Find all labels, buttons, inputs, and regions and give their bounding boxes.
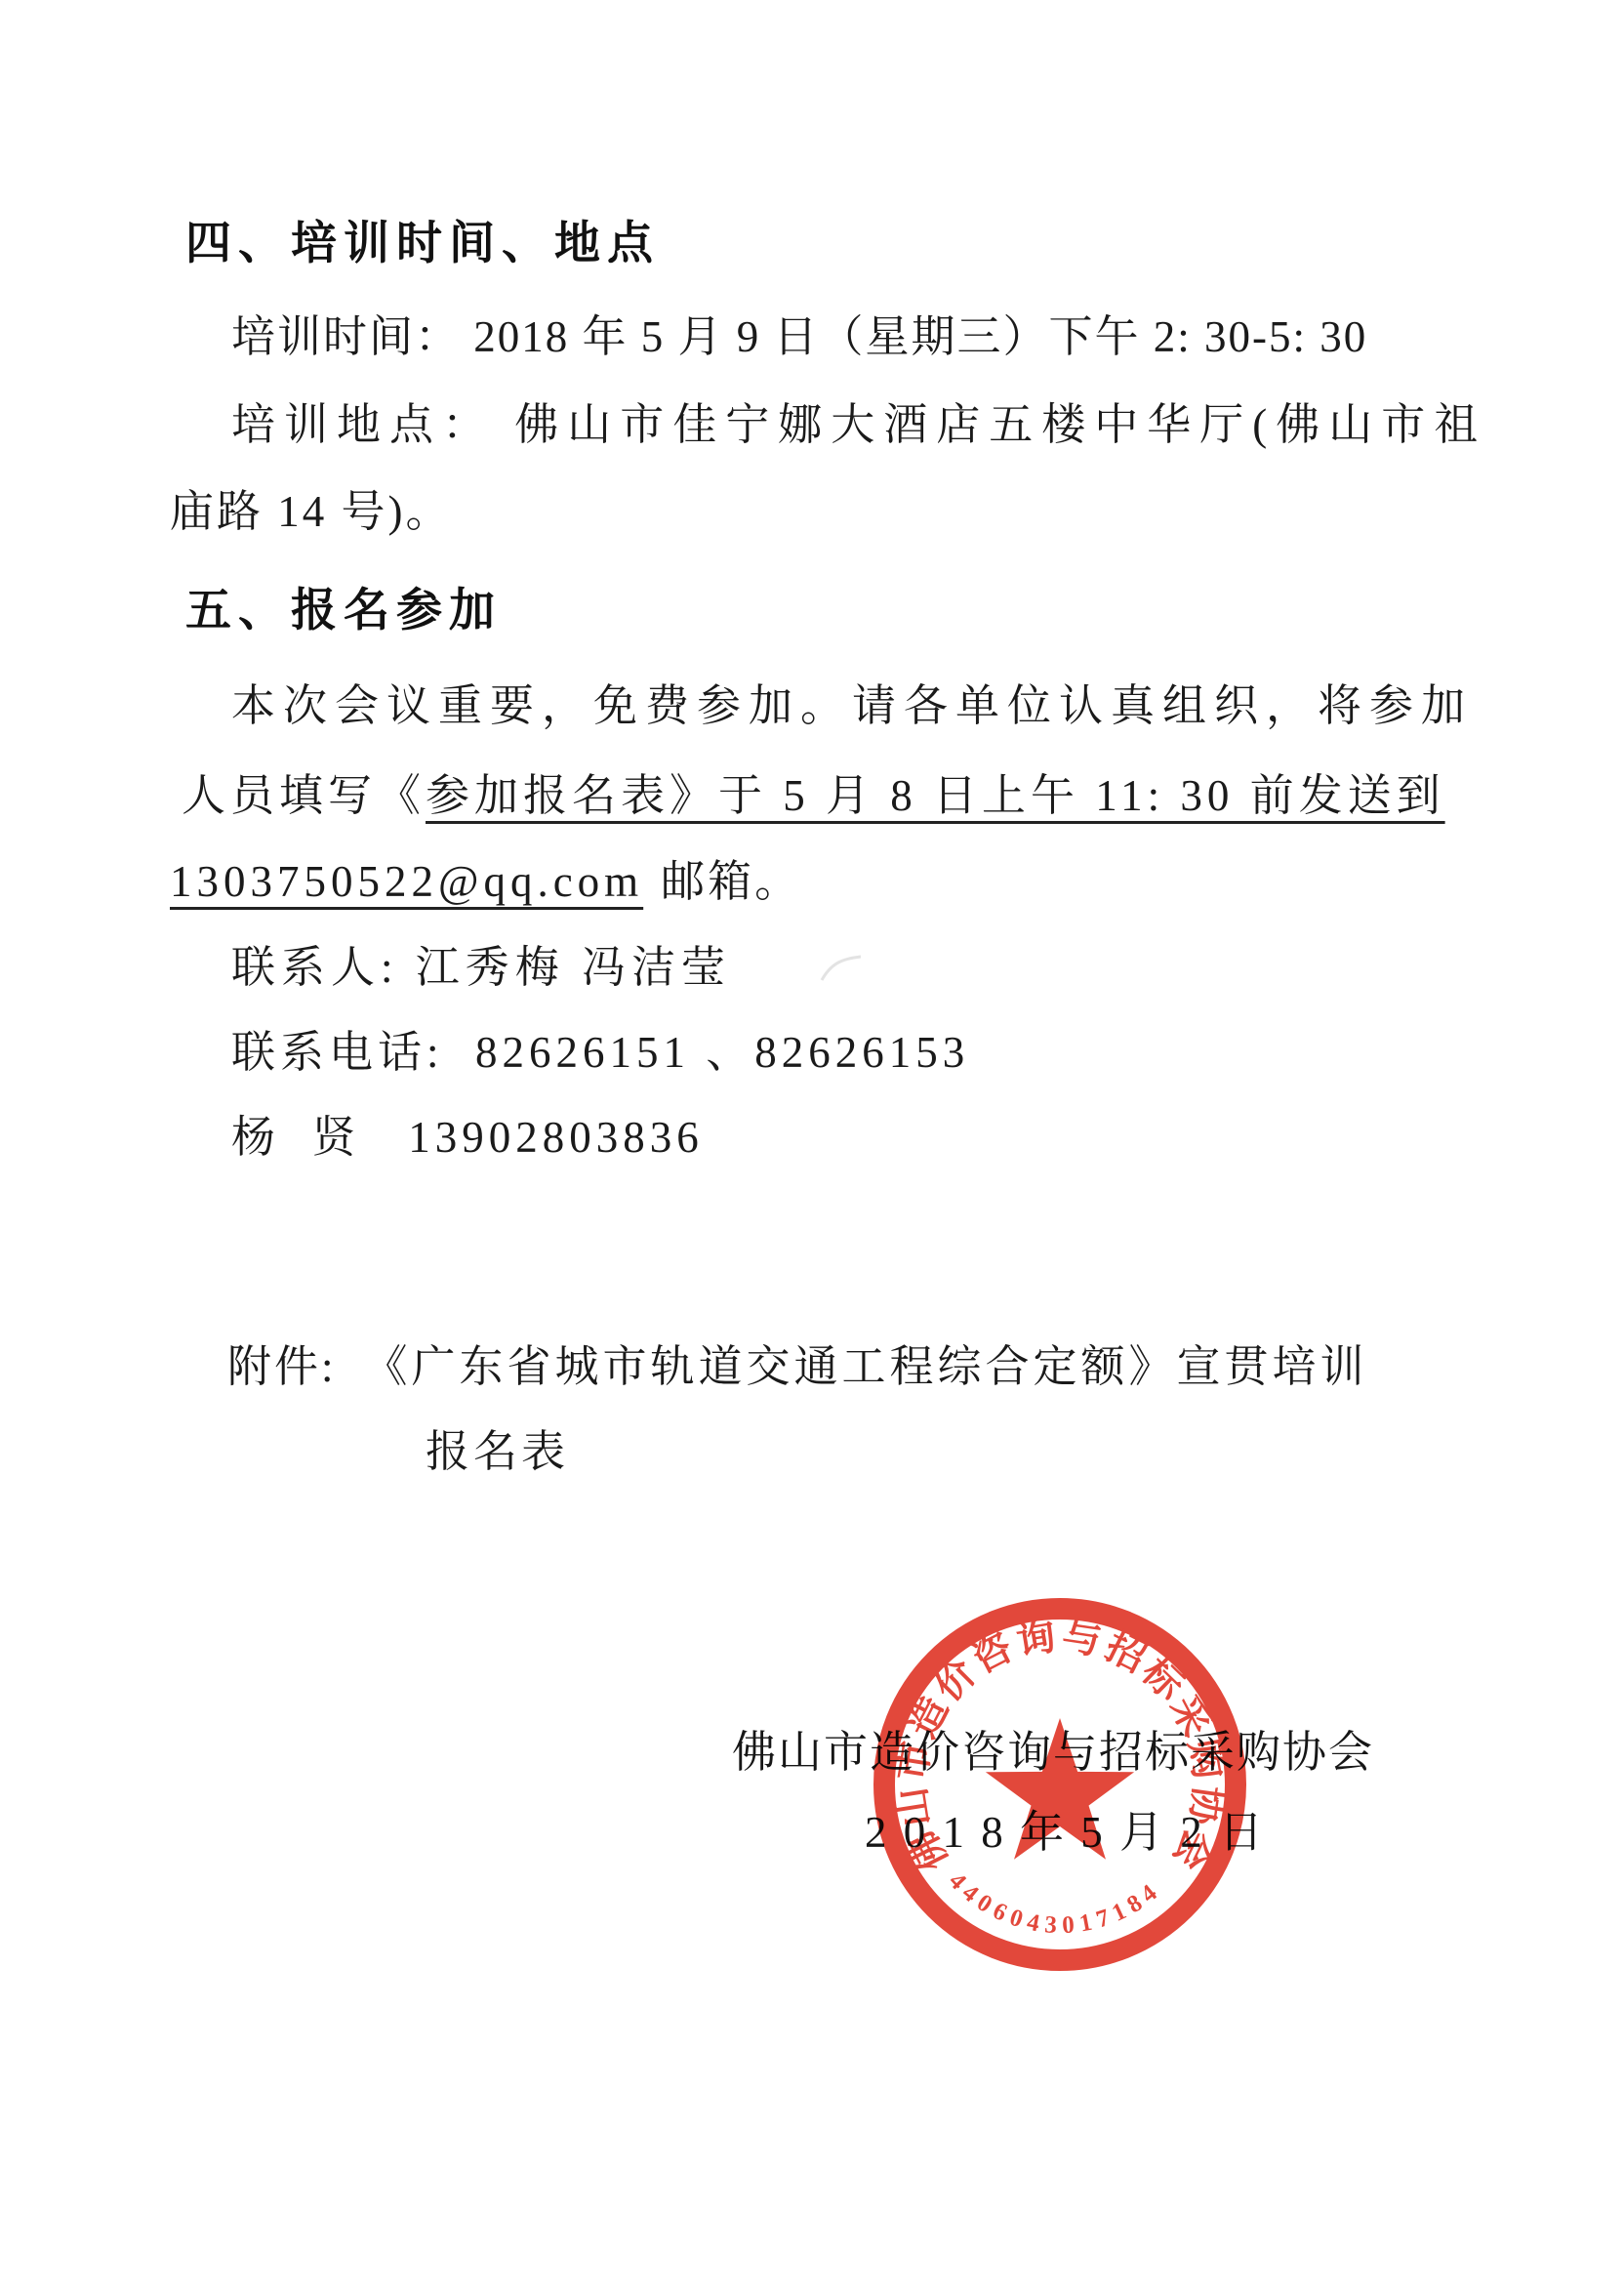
seal-star-icon — [986, 1718, 1134, 1860]
training-place-line2: 庙路 14 号)。 — [170, 475, 453, 539]
attachment-title-line1: 《广东省城市轨道交通工程综合定额》宣贯培训 — [364, 1342, 1368, 1391]
scan-artifact — [818, 953, 865, 986]
section4-heading: 四、培训时间、地点 — [185, 207, 660, 272]
document-page: 四、培训时间、地点 培训时间： 2018 年 5 月 9 日（星期三）下午 2:… — [0, 0, 1624, 2296]
signup-paragraph-line2: 人员填写《参加报名表》于 5 月 8 日上午 11: 30 前发送到 — [182, 759, 1445, 823]
section5-heading: 五、报名参加 — [185, 574, 502, 639]
line2-underlined-text: 参加报名表》于 5 月 8 日上午 11: 30 前发送到 — [426, 771, 1445, 820]
attachment-line1: 附件:《广东省城市轨道交通工程综合定额》宣贯培训 — [227, 1331, 1368, 1394]
attachment-label: 附件: — [227, 1342, 337, 1391]
training-place-line1: 培训地点： 佛山市佳宁娜大酒店五楼中华厅(佛山市祖 — [231, 389, 1486, 452]
line3-suffix: 邮箱。 — [661, 857, 801, 906]
training-time-line: 培训时间： 2018 年 5 月 9 日（星期三）下午 2: 30-5: 30 — [231, 301, 1367, 364]
attachment-title-line2: 报名表 — [426, 1415, 569, 1479]
signup-paragraph-line3: 1303750522@qq.com邮箱。 — [170, 845, 801, 909]
contact-phone-line: 联系电话: 82626151 、82626153 — [231, 1016, 969, 1080]
contact-person-line: 联系人: 江秀梅 冯洁莹 — [231, 931, 731, 995]
signup-paragraph-line1: 本次会议重要，免费参加。请各单位认真组织，将参加 — [231, 670, 1473, 733]
line2-prefix: 人员填写《 — [182, 771, 426, 820]
extra-contact-line: 杨 贤 13902803836 — [231, 1101, 704, 1165]
official-seal: 佛山市造价咨询与招标采购协会 4406043017184 — [865, 1589, 1255, 1980]
email-address: 1303750522@qq.com — [170, 857, 643, 906]
